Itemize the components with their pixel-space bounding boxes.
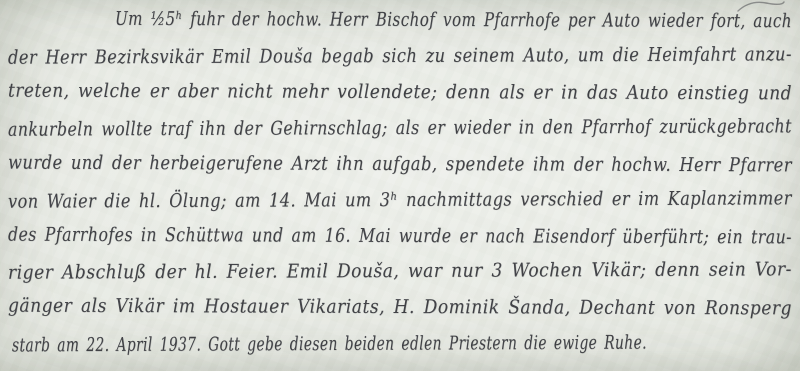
- handwriting-text: der Herr Bezirksvikär Emil Douša begab s…: [8, 43, 792, 68]
- handwriting-line: riger Abschluß der hl. Feier. Emil Douša…: [8, 258, 792, 291]
- handwriting-text: Um ½5ʰ fuhr der hochw. Herr Bischof vom …: [115, 8, 792, 32]
- handwriting-line: ankurbeln wollte traf ihn der Gehirnschl…: [8, 115, 792, 148]
- handwriting-text: gänger als Vikär im Hostauer Vikariats, …: [8, 295, 792, 320]
- handwriting-text: riger Abschluß der hl. Feier. Emil Douša…: [8, 258, 792, 283]
- handwriting-line: des Pfarrhofes in Schüttwa und am 16. Ma…: [8, 224, 792, 257]
- handwriting-line: der Herr Bezirksvikär Emil Douša begab s…: [8, 43, 792, 76]
- handwriting-text: starb am 22. April 1937. Gott gebe diese…: [12, 332, 647, 357]
- manuscript-page: Um ½5ʰ fuhr der hochw. Herr Bischof vom …: [0, 0, 800, 371]
- handwriting-text: treten, welche er aber nicht mehr vollen…: [8, 80, 792, 105]
- handwriting-text: von Waier die hl. Ölung; am 14. Mai um 3…: [8, 187, 792, 212]
- handwriting-line: starb am 22. April 1937. Gott gebe diese…: [12, 332, 647, 365]
- handwriting-line: Um ½5ʰ fuhr der hochw. Herr Bischof vom …: [115, 8, 792, 40]
- handwriting-text: des Pfarrhofes in Schüttwa und am 16. Ma…: [8, 224, 792, 249]
- handwriting-line: von Waier die hl. Ölung; am 14. Mai um 3…: [8, 187, 792, 220]
- handwriting-line: gänger als Vikär im Hostauer Vikariats, …: [8, 295, 792, 328]
- handwriting-line: wurde und der herbeigerufene Arzt ihn au…: [8, 152, 792, 185]
- handwriting-text: wurde und der herbeigerufene Arzt ihn au…: [8, 152, 792, 177]
- handwriting-text: ankurbeln wollte traf ihn der Gehirnschl…: [8, 115, 792, 140]
- handwriting-line: treten, welche er aber nicht mehr vollen…: [8, 80, 792, 113]
